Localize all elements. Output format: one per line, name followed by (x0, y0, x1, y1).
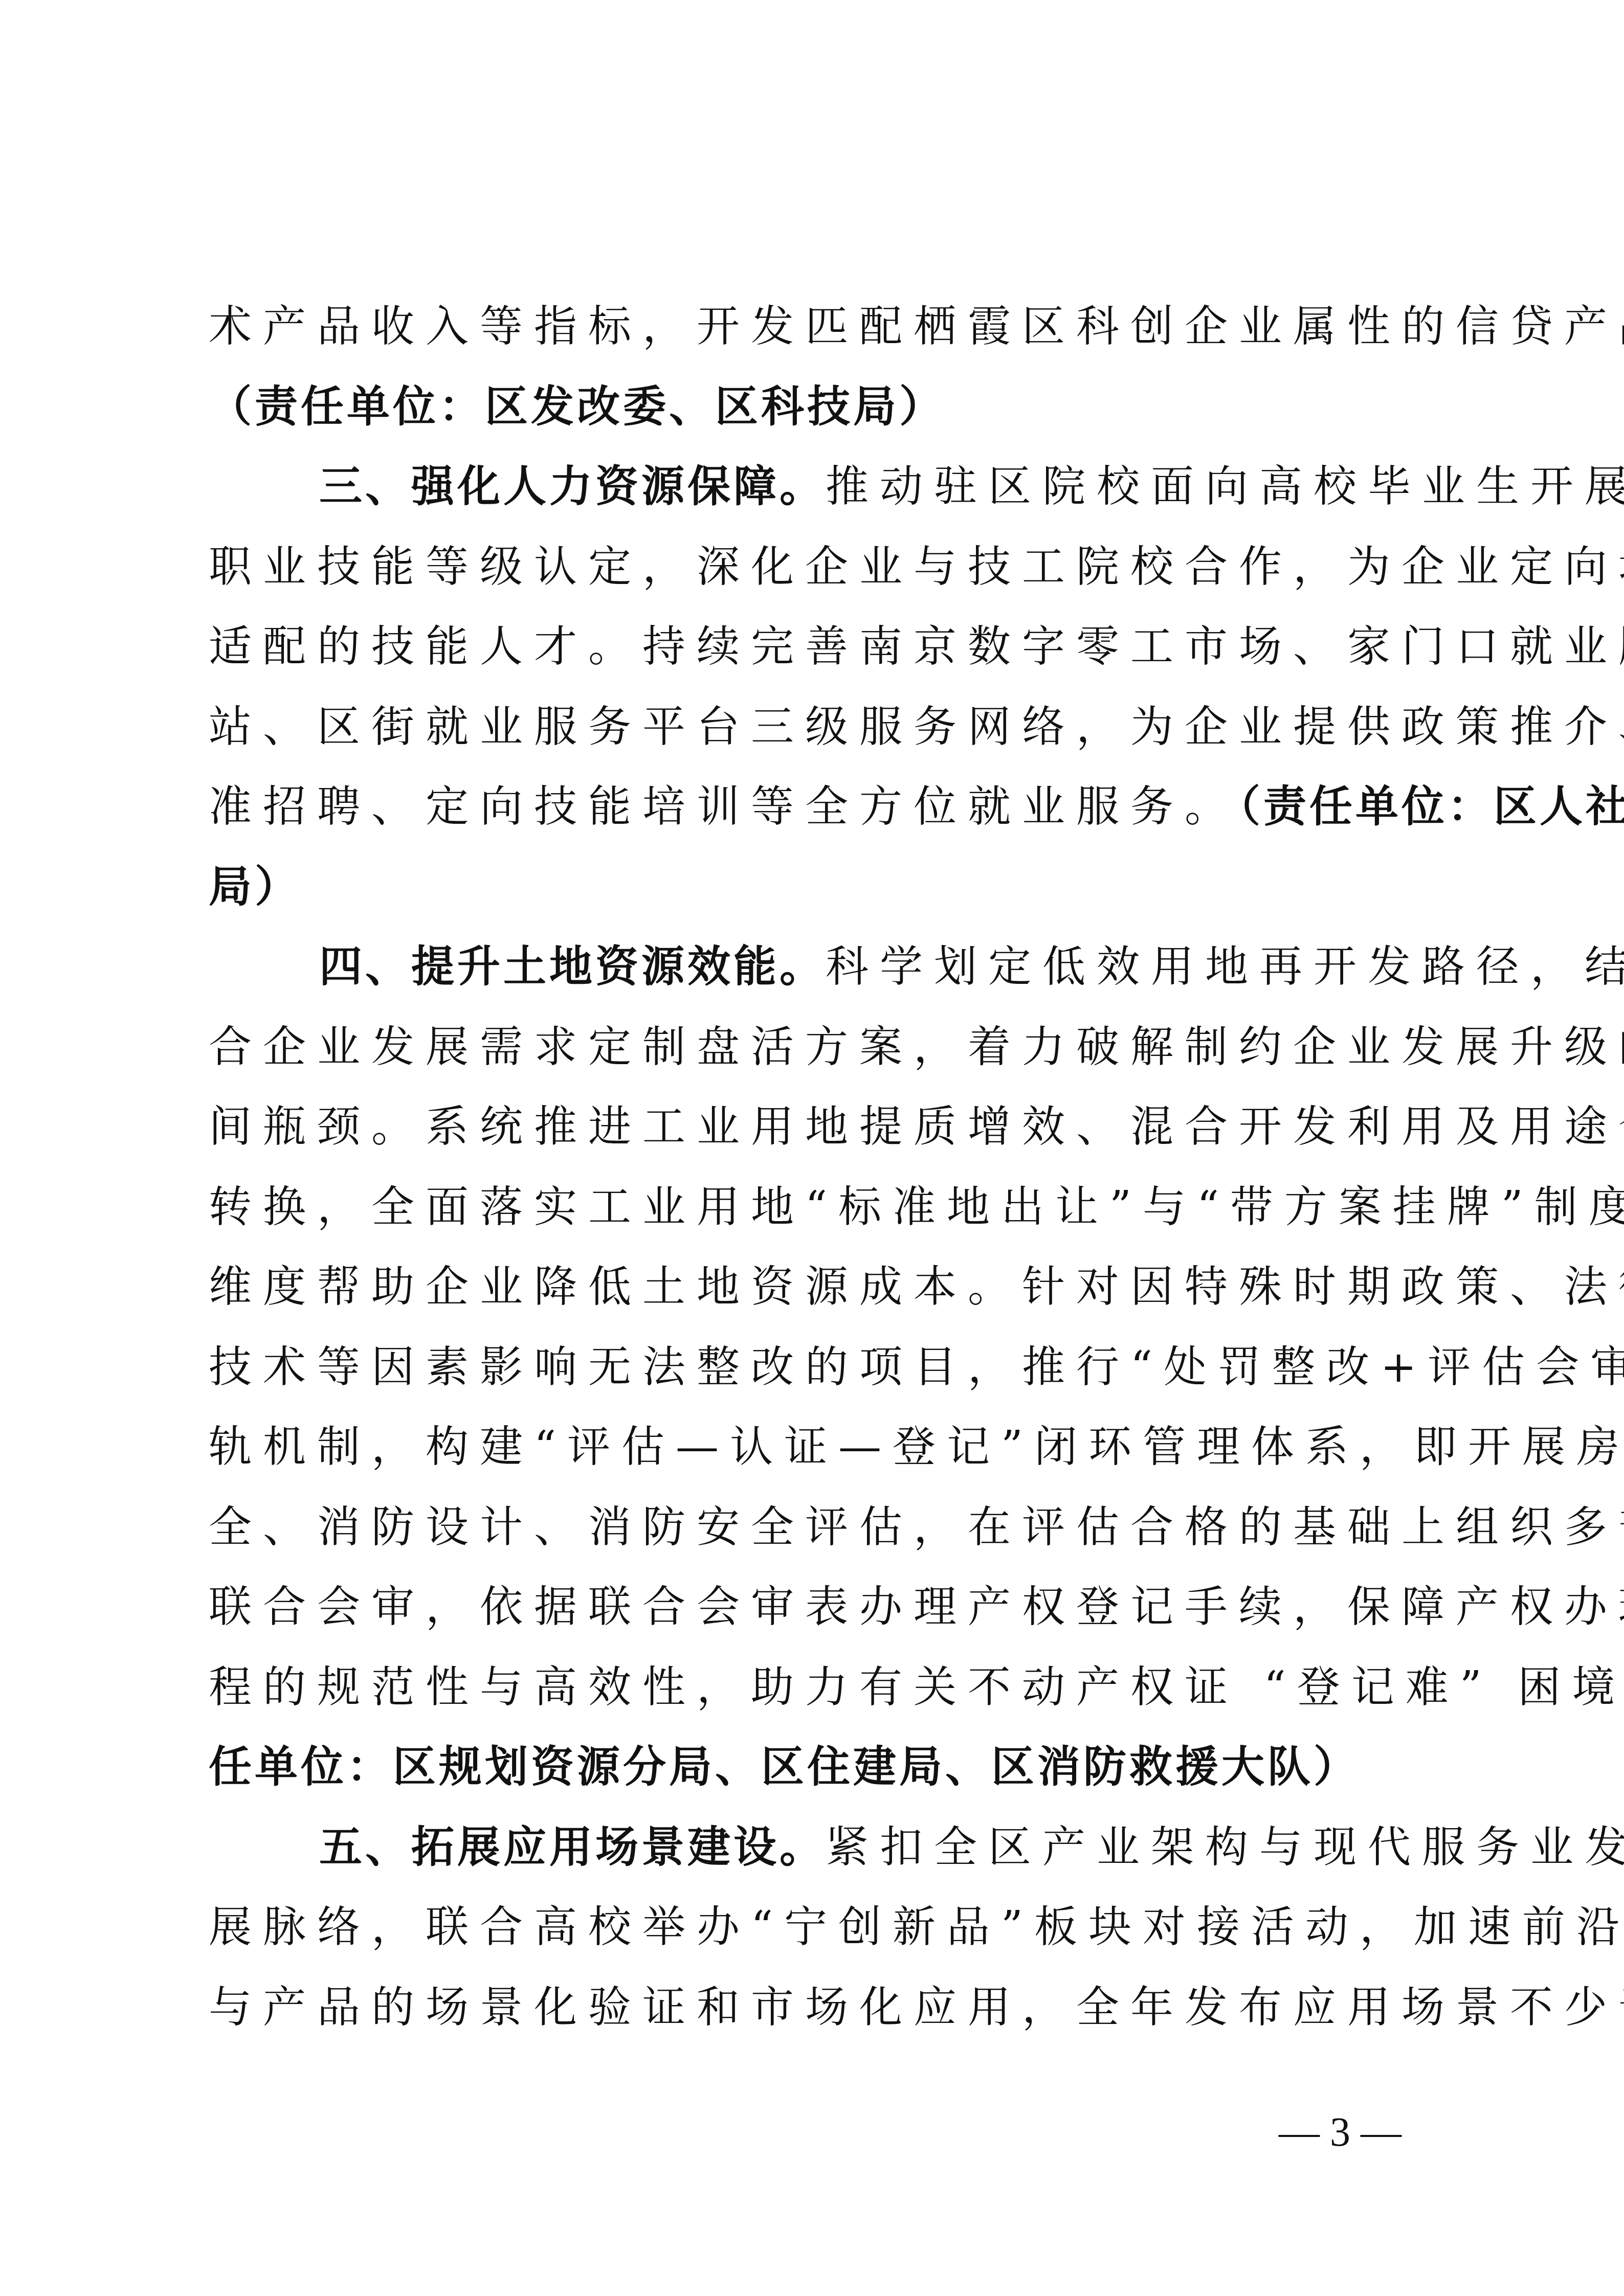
bold-heading-text: 五、拓展应用场景建设。 (319, 1822, 826, 1872)
body-text-span: 适配的技能人才。持续完善南京数字零工市场、家门口就业服务 (209, 621, 1624, 671)
body-text-span: 技术等因素影响无法整改的项目，推行“处罚整改+评估会审”双 (209, 1342, 1624, 1392)
body-text-span: 职业技能等级认定，深化企业与技工院校合作，为企业定向培养 (209, 542, 1624, 592)
text-line: 联合会审，依据联合会审表办理产权登记手续，保障产权办理流 (209, 1567, 1431, 1647)
text-line: 合企业发展需求定制盘活方案，着力破解制约企业发展升级的空 (209, 1007, 1431, 1087)
body-text-span: 准招聘、定向技能培训等全方位就业服务。 (209, 781, 1239, 831)
text-line: 三、强化人力资源保障。推动驻区院校面向高校毕业生开展 (209, 446, 1431, 526)
text-line: 维度帮助企业降低土地资源成本。针对因特殊时期政策、法律或 (209, 1247, 1431, 1326)
text-line: 适配的技能人才。持续完善南京数字零工市场、家门口就业服务 (209, 606, 1431, 686)
body-text-span: 全、消防设计、消防安全评估，在评估合格的基础上组织多部门 (209, 1502, 1624, 1552)
text-line: 四、提升土地资源效能。科学划定低效用地再开发路径，结 (209, 927, 1431, 1006)
text-line: 任单位：区规划资源分局、区住建局、区消防救援大队） (209, 1727, 1431, 1807)
bold-heading-text: （责任单位：区人社 (1239, 781, 1624, 831)
body-text-span: 维度帮助企业降低土地资源成本。针对因特殊时期政策、法律或 (209, 1262, 1624, 1312)
body-text-span: 推动驻区院校面向高校毕业生开展 (826, 461, 1624, 511)
bold-heading-text: 局） (209, 862, 301, 912)
body-text-span: 转换，全面落实工业用地“标准地出让”与“带方案挂牌”制度，多 (209, 1182, 1624, 1232)
page-number: — 3 — (1248, 2102, 1432, 2163)
bold-heading-text: 任单位：区规划资源分局、区住建局、区消防救援大队） (209, 1742, 1360, 1792)
body-text-span: 轨机制，构建“评估—认证—登记”闭环管理体系，即开展房屋安 (209, 1422, 1624, 1472)
body-text-span: 联合会审，依据联合会审表办理产权登记手续，保障产权办理流 (209, 1582, 1624, 1632)
body-text-span: 科学划定低效用地再开发路径，结 (826, 941, 1624, 992)
text-line: 局） (209, 847, 1431, 927)
text-line: 展脉络，联合高校举办“宁创新品”板块对接活动，加速前沿技术 (209, 1887, 1431, 1967)
body-text-span: 与产品的场景化验证和市场化应用，全年发布应用场景不少于 (209, 1982, 1624, 2032)
body-text-span: 合企业发展需求定制盘活方案，着力破解制约企业发展升级的空 (209, 1022, 1624, 1072)
body-text-span: 站、区街就业服务平台三级服务网络，为企业提供政策推介、精 (209, 702, 1624, 752)
document-page: 术产品收入等指标，开发匹配栖霞区科创企业属性的信贷产品。（责任单位：区发改委、区… (0, 0, 1624, 2296)
body-text-span: 术产品收入等指标，开发匹配栖霞区科创企业属性的信贷产品。 (209, 301, 1624, 351)
text-line: 间瓶颈。系统推进工业用地提质增效、混合开发利用及用途合理 (209, 1087, 1431, 1166)
bold-heading-text: （责任单位：区发改委、区科技局） (209, 381, 945, 432)
body-text-span: 展脉络，联合高校举办“宁创新品”板块对接活动，加速前沿技术 (209, 1902, 1624, 1952)
body-text-span: 间瓶颈。系统推进工业用地提质增效、混合开发利用及用途合理 (209, 1101, 1624, 1152)
text-line: 五、拓展应用场景建设。紧扣全区产业架构与现代服务业发 (209, 1807, 1431, 1887)
bold-heading-text: 三、强化人力资源保障。 (319, 461, 826, 511)
text-line: 转换，全面落实工业用地“标准地出让”与“带方案挂牌”制度，多 (209, 1167, 1431, 1247)
text-line: 程的规范性与高效性，助力有关不动产权证 “登记难” 困境。（责 (209, 1647, 1431, 1727)
bold-heading-text: 四、提升土地资源效能。 (319, 941, 826, 992)
text-line: （责任单位：区发改委、区科技局） (209, 367, 1431, 446)
text-line: 准招聘、定向技能培训等全方位就业服务。（责任单位：区人社 (209, 767, 1431, 846)
text-line: 技术等因素影响无法整改的项目，推行“处罚整改+评估会审”双 (209, 1327, 1431, 1407)
text-line: 与产品的场景化验证和市场化应用，全年发布应用场景不少于 (209, 1967, 1431, 2047)
text-line: 职业技能等级认定，深化企业与技工院校合作，为企业定向培养 (209, 527, 1431, 606)
text-line: 轨机制，构建“评估—认证—登记”闭环管理体系，即开展房屋安 (209, 1407, 1431, 1487)
text-line: 全、消防设计、消防安全评估，在评估合格的基础上组织多部门 (209, 1487, 1431, 1567)
text-line: 术产品收入等指标，开发匹配栖霞区科创企业属性的信贷产品。 (209, 286, 1431, 366)
body-text-span: 紧扣全区产业架构与现代服务业发 (826, 1822, 1624, 1872)
text-line: 站、区街就业服务平台三级服务网络，为企业提供政策推介、精 (209, 687, 1431, 767)
body-text-span: 程的规范性与高效性，助力有关不动产权证 “登记难” 困境。 (209, 1662, 1624, 1712)
